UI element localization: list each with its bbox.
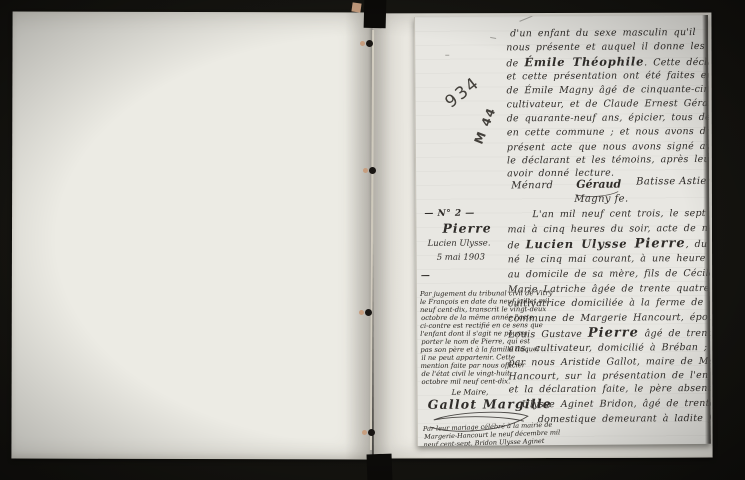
pencil-scribble [519, 16, 532, 22]
act1-line-segment: de [506, 58, 524, 69]
pencil-scribble [445, 55, 449, 56]
father-surname-pierre: Pierre [588, 325, 639, 340]
act2-line: mai à cinq heures du soir, acte de naiss… [507, 223, 711, 236]
act1-line: de quarante-neuf ans, épicier, tous deux… [507, 111, 711, 124]
child-name-emile-theophile: Émile Théophile [524, 54, 644, 69]
margin-note-closing: Le Maire, [452, 387, 489, 396]
act-surname-margin: Pierre [442, 220, 491, 235]
stitch-knot [368, 429, 375, 436]
act2-line: L'an mil neuf cent trois, le sept [532, 208, 706, 220]
binding-tab [351, 2, 361, 12]
blank-left-page [11, 12, 373, 460]
act1-line: de Émile Théophile. Cette déclaratio [506, 54, 711, 70]
register-photocopy-page: 934 M 44 d'un enfant du sexe masculin qu… [414, 15, 711, 446]
signature-magny: Magny fe. [574, 194, 628, 205]
margin-separator-dash: — [421, 271, 431, 281]
act1-line-segment: . Cette déclaratio [644, 57, 711, 69]
stitch-knot [369, 167, 376, 174]
act2-line: né le cinq mai courant, à une heure du m… [508, 253, 711, 266]
act1-line: de Émile Magny âgé de cinquante-cinq an [506, 84, 711, 97]
child-given-names: Lucien Ulysse [526, 236, 635, 251]
margin-note-line: octobre mil neuf cent-dix. [422, 377, 511, 386]
act1-line: et cette présentation ont été faites en … [506, 70, 711, 83]
pencil-archive-number: 934 [441, 73, 484, 113]
act-date-margin: 5 mai 1903 [437, 253, 485, 263]
act1-line: d'un enfant du sexe masculin qu'il [510, 27, 696, 39]
child-surname-pierre: Pierre [635, 236, 686, 251]
act-number-margin: — N° 2 — [424, 209, 474, 219]
binding-ribbon-bottom [367, 454, 393, 480]
signature-batisse: Batisse Astier, [636, 176, 711, 188]
scan-background: 934 M 44 d'un enfant du sexe masculin qu… [0, 0, 745, 480]
act-given-names-margin: Lucien Ulysse. [428, 238, 491, 248]
pencil-reference-mark: M 44 [472, 105, 499, 146]
act2-line-segment: âgé de trente neuf [639, 328, 711, 340]
act2-line: par nous Aristide Gallot, maire de Marge… [508, 356, 711, 369]
binding-ribbon-top [364, 0, 387, 28]
act2-line: et la déclaration faite, le père absent,… [509, 383, 711, 396]
act1-line: nous présente et auquel il donne les pré… [506, 41, 711, 54]
stitch-knot [365, 309, 372, 316]
act2-line: de Lucien Ulysse Pierre, du sexe mascul [508, 235, 711, 252]
stitch-knot [366, 40, 373, 47]
act1-line: en cette commune ; et nous avons dressé … [507, 126, 711, 139]
act2-line-segment: de [508, 240, 526, 251]
signature-menard: Ménard [511, 180, 553, 191]
act2-line: au domicile de sa mère, fils de Cécile A… [508, 268, 711, 281]
act1-line: présent acte que nous avons signé avec [507, 141, 711, 154]
act2-line: domestique demeurant à ladite ferme de l… [538, 413, 711, 426]
pencil-scribble [490, 37, 496, 39]
act2-line: Hancourt, sur la présentation de l'enfan… [508, 370, 711, 383]
act1-line: cultivateur, et de Claude Ernest Géran â… [507, 98, 711, 111]
act1-line: le déclarant et les témoins, après leur … [507, 154, 711, 167]
